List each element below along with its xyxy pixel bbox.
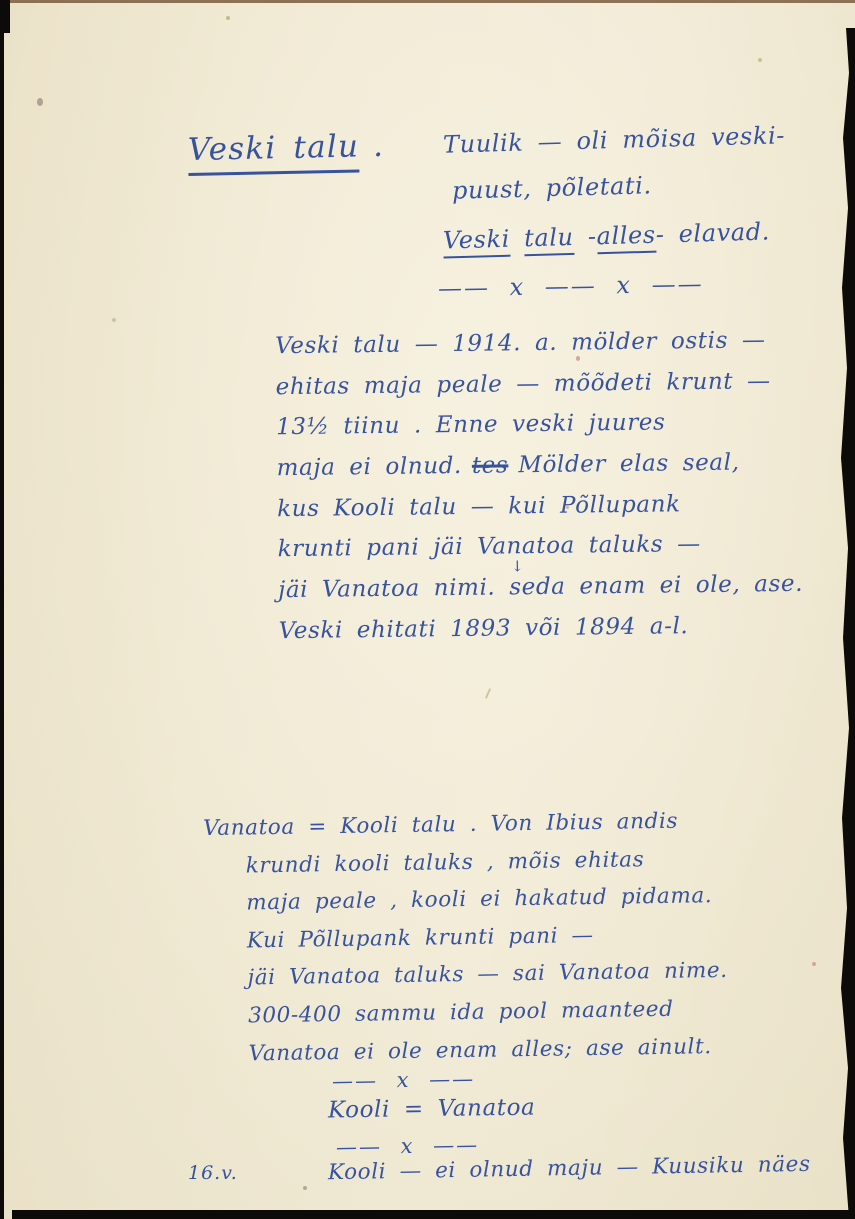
equation-line: Kooli = Vanatoa xyxy=(328,1095,536,1124)
scanned-notebook-page: { "colors":{"paper":"#f0e9d3","ink":"#37… xyxy=(0,0,855,1219)
paper-speck xyxy=(37,98,43,106)
intro-line-2: puust, põletati. xyxy=(452,171,652,205)
paper-speck xyxy=(303,1186,307,1190)
plain-word: - xyxy=(587,222,596,250)
scan-edge-top xyxy=(0,0,855,3)
note-line: 13½ tiinu . Enne veski juures xyxy=(276,408,801,455)
paper-speck xyxy=(112,318,116,322)
veski-notes-paragraph: Veski talu — 1914. a. mölder ostis — ehi… xyxy=(275,327,804,659)
paper-speck xyxy=(812,962,816,966)
underlined-word: alles xyxy=(596,221,656,255)
note-line: jäi Vanatoa nimi. ↓seda enam ei ole, ase… xyxy=(278,571,803,618)
note-line: Vanatoa ei ole enam alles; ase ainult. xyxy=(249,1033,730,1078)
paper-speck xyxy=(758,58,762,62)
plain-text: maja ei olnud. xyxy=(277,453,463,481)
section-divider: —— x —— xyxy=(332,1067,476,1093)
plain-text: seda enam ei ole, ase. xyxy=(509,571,803,601)
section-divider: —— x —— x —— xyxy=(438,270,704,303)
section-divider: —— x —— xyxy=(336,1133,480,1159)
scan-edge-bottom xyxy=(12,1210,855,1219)
heading-title: Veski talu xyxy=(188,128,360,176)
note-line: maja ei olnud.tesMölder elas seal, xyxy=(277,449,802,496)
scan-edge-left xyxy=(0,0,4,1219)
inserted-word: ↓seda enam ei ole, ase. xyxy=(509,571,803,601)
plain-word: - elavad. xyxy=(655,217,770,248)
vanatoa-notes-paragraph: Vanatoa = Kooli talu . Von Ibius andis k… xyxy=(203,808,729,1079)
underlined-word: talu xyxy=(524,223,574,256)
page-heading: Veski talu. xyxy=(188,128,385,176)
note-line: kus Kooli talu — kui Põllupank xyxy=(277,490,802,537)
note-line: krunti pani jäi Vanatoa taluks — xyxy=(278,530,803,577)
note-line: Veski ehitati 1893 või 1894 a-l. xyxy=(279,612,804,659)
scan-corner-top-left xyxy=(0,0,10,33)
insertion-arrow-icon: ↓ xyxy=(511,557,524,575)
note-line: ehitas maja peale — mõõdeti krunt — xyxy=(276,367,801,414)
paper-speck xyxy=(226,16,230,20)
plain-text: Mölder elas seal, xyxy=(518,450,739,479)
struck-word: tes xyxy=(472,452,509,478)
note-line: Veski talu — 1914. a. mölder ostis — xyxy=(275,327,800,374)
margin-note: 16.v. xyxy=(188,1162,238,1184)
plain-text: jäi Vanatoa nimi. xyxy=(278,575,509,604)
underlined-word: Veski xyxy=(443,225,511,259)
heading-period: . xyxy=(373,128,385,164)
